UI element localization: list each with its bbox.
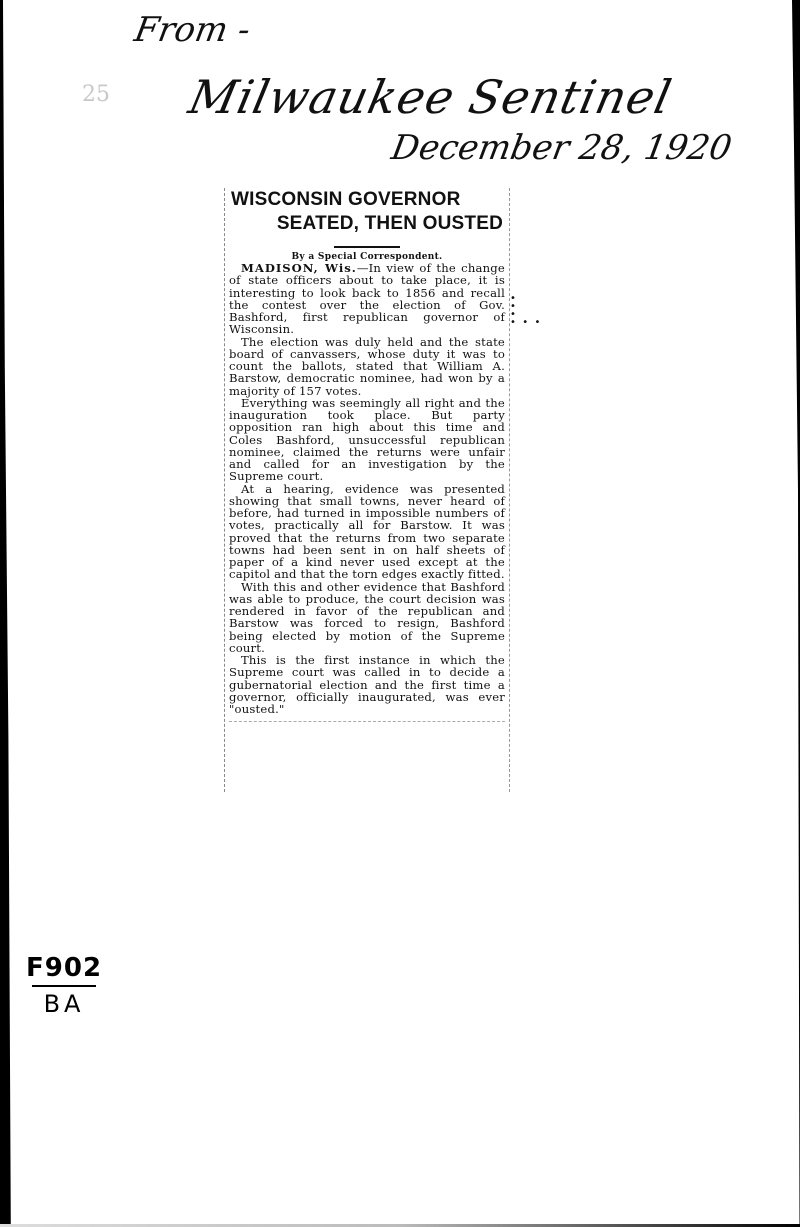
catalog-number: F902 <box>26 953 102 983</box>
article-paragraph: With this and other evidence that Bashfo… <box>229 581 505 655</box>
article-paragraph: Everything was seemingly all right and t… <box>229 397 505 483</box>
handwritten-source: Milwaukee Sentinel <box>184 70 676 124</box>
newspaper-clipping: WISCONSIN GOVERNOR SEATED, THEN OUSTED B… <box>224 188 510 792</box>
headline-line-2: SEATED, THEN OUSTED <box>225 212 509 236</box>
handwritten-date: December 28, 1920 <box>388 128 734 168</box>
handwritten-from-label: From - <box>131 10 253 50</box>
headline-line-1: WISCONSIN GOVERNOR <box>225 188 509 212</box>
article-paragraph: MADISON, Wis.—In view of the change of s… <box>229 262 505 336</box>
article-body: MADISON, Wis.—In view of the change of s… <box>229 262 505 715</box>
margin-dot-marks: •••• • • <box>510 295 550 335</box>
headline: WISCONSIN GOVERNOR SEATED, THEN OUSTED <box>225 188 509 236</box>
headline-rule <box>334 246 400 248</box>
scan-edge-left <box>0 0 12 1227</box>
catalog-divider <box>32 985 96 987</box>
catalog-mark: F902 BA <box>26 953 102 1018</box>
article-paragraph: At a hearing, evidence was presented sho… <box>229 483 505 581</box>
faint-page-number: 25 <box>82 82 110 107</box>
catalog-code: BA <box>26 990 102 1018</box>
clipping-bottom-edge <box>229 721 505 723</box>
article-paragraph: The election was duly held and the state… <box>229 336 505 397</box>
article-paragraph: This is the first instance in which the … <box>229 654 505 715</box>
scan-edge-right <box>790 0 800 1227</box>
